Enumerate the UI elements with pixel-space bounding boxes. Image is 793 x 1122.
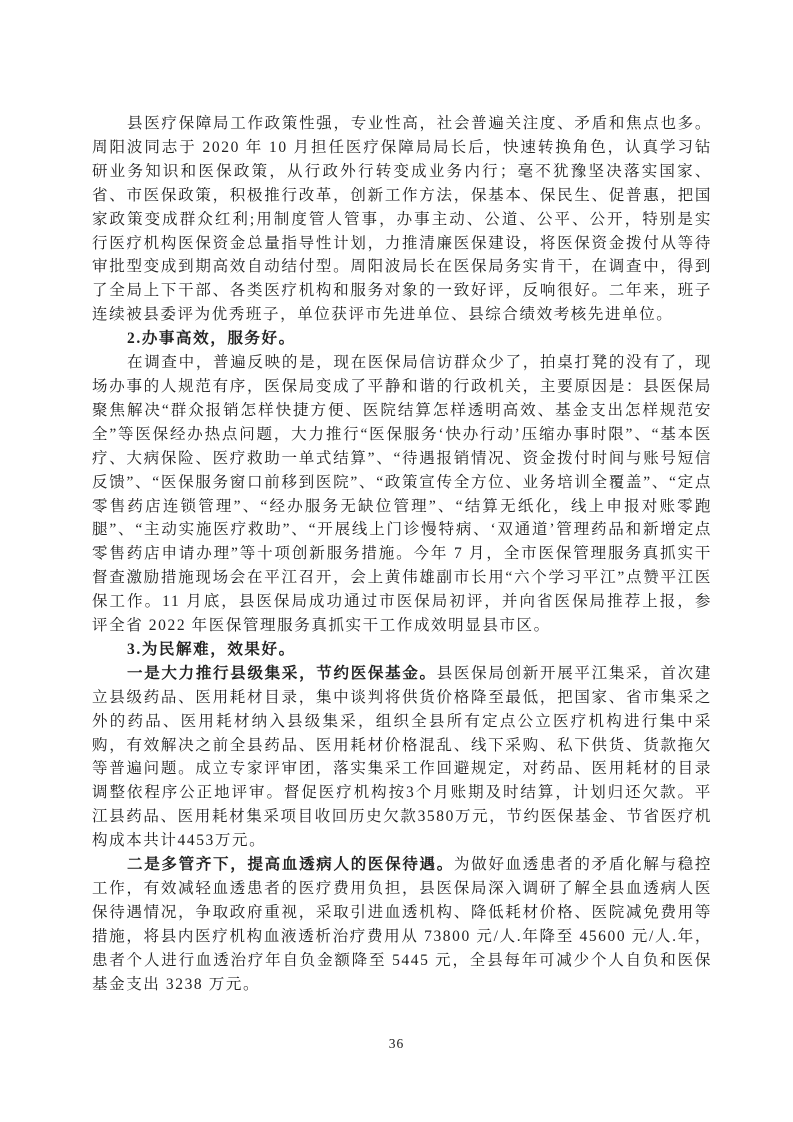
paragraph-body-2: 为做好血透患者的矛盾化解与稳控工作，有效减轻血透患者的医疗费用负担，县医保局深入… — [92, 856, 712, 993]
paragraph-section-3-item-1: 一是大力推行县级集采，节约医保基金。县医保局创新开展平江集采，首次建立县级药品、… — [92, 662, 712, 853]
document-page: 县医疗保障局工作政策性强，专业性高，社会普遍关注度、矛盾和焦点也多。周阳波同志于… — [0, 0, 793, 1122]
paragraph-body-1: 县医保局创新开展平江集采，首次建立县级药品、医用耗材目录，集中谈判将供货价格降至… — [92, 665, 712, 849]
paragraph-section-2: 在调查中，普遍反映的是，现在医保局信访群众少了，拍桌打凳的没有了，现场办事的人规… — [92, 351, 712, 638]
section-heading-2: 2.办事高效，服务好。 — [92, 327, 712, 351]
paragraph-intro: 县医疗保障局工作政策性强，专业性高，社会普遍关注度、矛盾和焦点也多。周阳波同志于… — [92, 112, 712, 327]
page-number: 36 — [0, 1036, 793, 1052]
paragraph-lead-bold-2: 二是多管齐下，提高血透病人的医保待遇。 — [127, 856, 454, 873]
document-body: 县医疗保障局工作政策性强，专业性高，社会普遍关注度、矛盾和焦点也多。周阳波同志于… — [92, 112, 712, 997]
paragraph-section-3-item-2: 二是多管齐下，提高血透病人的医保待遇。为做好血透患者的矛盾化解与稳控工作，有效减… — [92, 853, 712, 996]
paragraph-lead-bold-1: 一是大力推行县级集采，节约医保基金。 — [127, 665, 437, 682]
section-heading-3: 3.为民解难，效果好。 — [92, 638, 712, 662]
